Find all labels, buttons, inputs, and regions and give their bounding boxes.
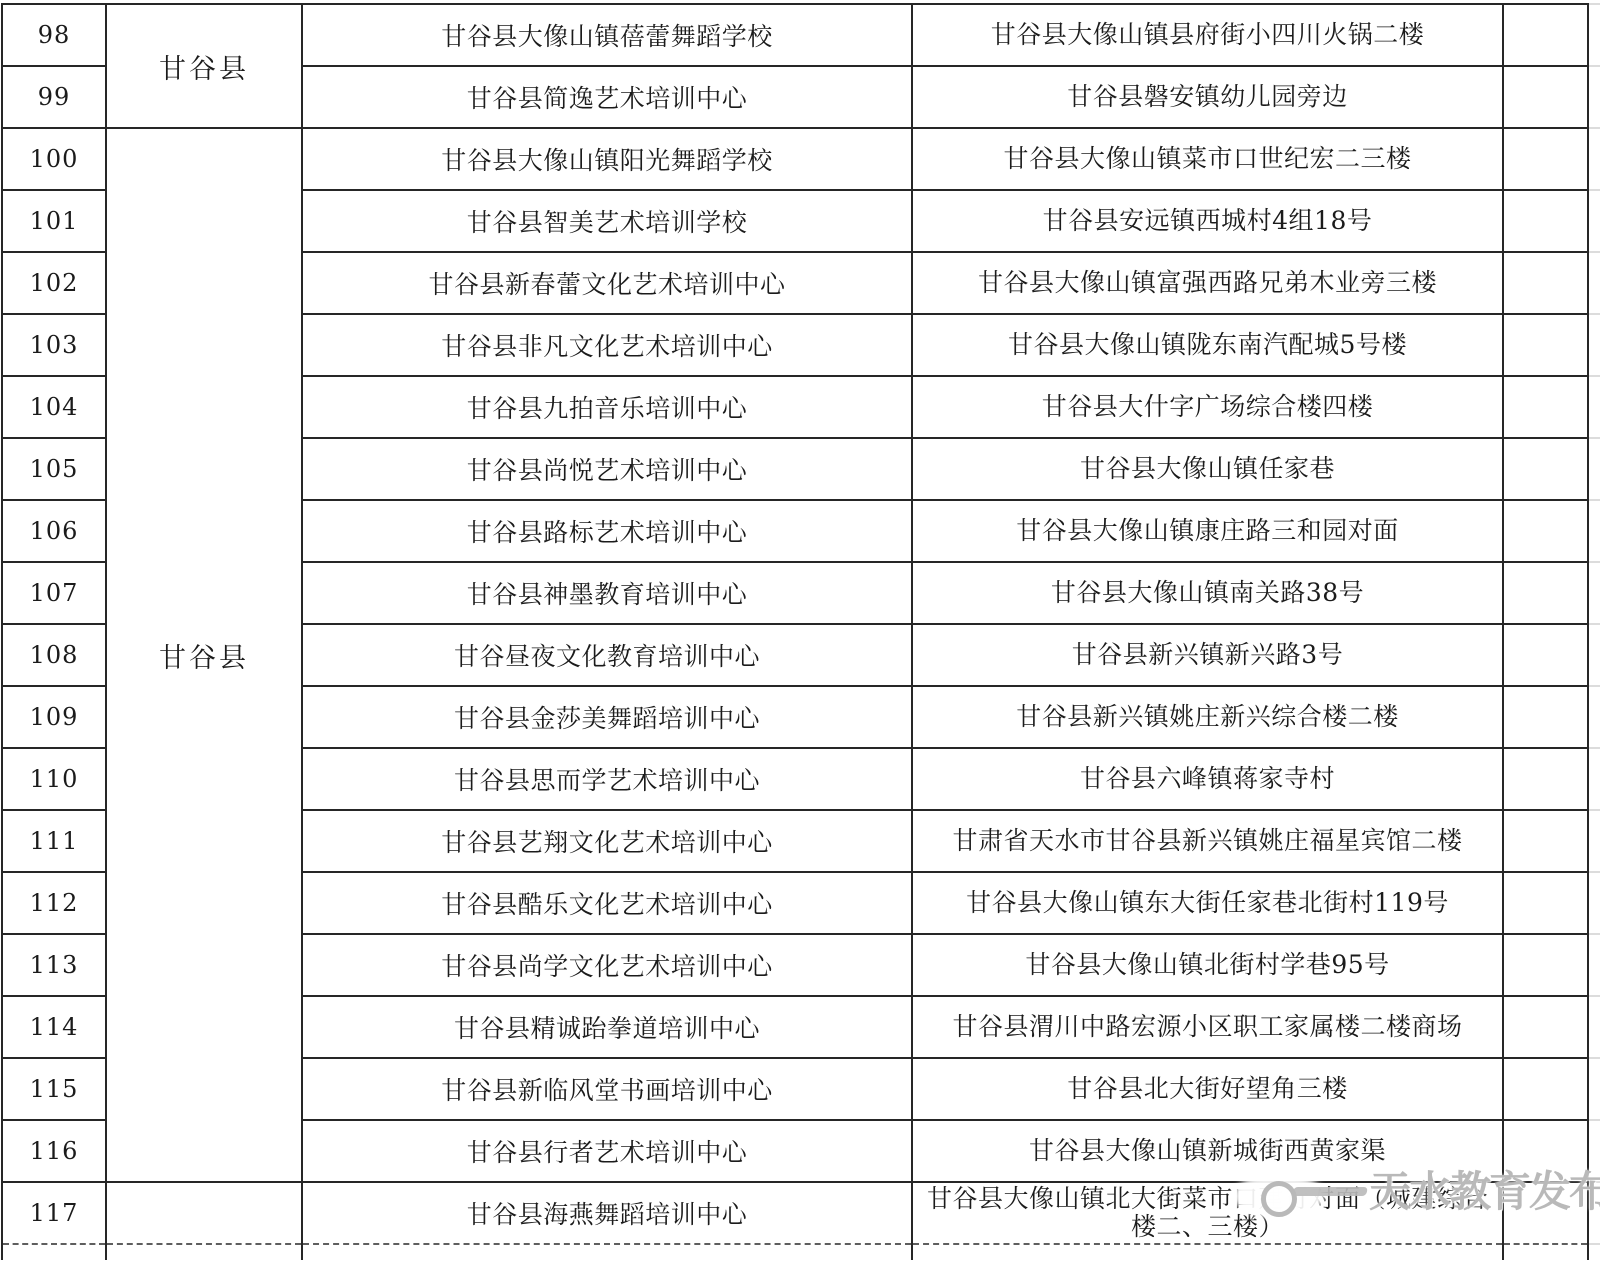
row-number-cell: 98	[2, 4, 106, 66]
address-cell: 甘谷县新兴镇新兴路3号	[912, 624, 1503, 686]
row-number-cell: 109	[2, 686, 106, 748]
remarks-cell-empty	[1503, 314, 1588, 376]
row-number-cell: 114	[2, 996, 106, 1058]
table-row: 98甘谷县甘谷县大像山镇蓓蕾舞蹈学校甘谷县大像山镇县府街小四川火锅二楼	[2, 4, 1588, 66]
remarks-cell-empty	[1503, 500, 1588, 562]
row-number-cell: 103	[2, 314, 106, 376]
institution-name-cell: 甘谷县酷乐文化艺术培训中心	[302, 872, 912, 934]
remarks-cell-empty	[1503, 128, 1588, 190]
remarks-cell-empty	[1503, 190, 1588, 252]
address-cell: 甘谷县大像山镇新城街西黄家渠	[912, 1120, 1503, 1182]
row-number-cell: 101	[2, 190, 106, 252]
margin-gridline-stubs	[1589, 3, 1600, 1246]
institution-name-cell: 甘谷县简逸艺术培训中心	[302, 66, 912, 128]
row-number-cell: 108	[2, 624, 106, 686]
county-cell-empty	[106, 1182, 302, 1244]
row-number-cell: 106	[2, 500, 106, 562]
institution-name-cell: 甘谷县艺翔文化艺术培训中心	[302, 810, 912, 872]
remarks-cell-empty	[1503, 624, 1588, 686]
row-number-cell: 113	[2, 934, 106, 996]
address-cell: 甘谷县安远镇西城村4组18号	[912, 190, 1503, 252]
address-cell: 甘谷县大像山镇县府街小四川火锅二楼	[912, 4, 1503, 66]
address-cell: 甘谷县大像山镇富强西路兄弟木业旁三楼	[912, 252, 1503, 314]
row-number-cell: 116	[2, 1120, 106, 1182]
address-cell: 甘谷县渭川中路宏源小区职工家属楼二楼商场	[912, 996, 1503, 1058]
remarks-cell-empty	[1503, 562, 1588, 624]
institution-name-cell: 甘谷县路标艺术培训中心	[302, 500, 912, 562]
row-number-cell: 99	[2, 66, 106, 128]
remarks-cell-empty	[1503, 376, 1588, 438]
address-cell: 甘谷县大像山镇康庄路三和园对面	[912, 500, 1503, 562]
remarks-cell-empty	[1503, 934, 1588, 996]
remarks-cell-empty	[1503, 252, 1588, 314]
row-number-cell: 102	[2, 252, 106, 314]
table-row: 117甘谷县海燕舞蹈培训中心甘谷县大像山镇北大街菜市口建行对面（城建综合楼二、三…	[2, 1182, 1588, 1244]
institution-name-cell: 甘谷县思而学艺术培训中心	[302, 748, 912, 810]
remarks-cell-empty	[1503, 66, 1588, 128]
address-cell: 甘谷县大像山镇任家巷	[912, 438, 1503, 500]
remarks-cell-empty	[1503, 748, 1588, 810]
institution-name-cell: 甘谷县新春蕾文化艺术培训中心	[302, 252, 912, 314]
partial-next-page-row	[2, 1244, 1588, 1260]
table-row: 100甘谷县甘谷县大像山镇阳光舞蹈学校甘谷县大像山镇菜市口世纪宏二三楼	[2, 128, 1588, 190]
address-cell	[912, 1244, 1503, 1260]
training-centers-table: 98甘谷县甘谷县大像山镇蓓蕾舞蹈学校甘谷县大像山镇县府街小四川火锅二楼99甘谷县…	[1, 3, 1589, 1260]
address-cell: 甘谷县六峰镇蒋家寺村	[912, 748, 1503, 810]
address-cell: 甘谷县大像山镇北大街菜市口建行对面（城建综合楼二、三楼）	[912, 1182, 1503, 1244]
row-number-cell: 104	[2, 376, 106, 438]
remarks-cell-empty	[1503, 872, 1588, 934]
address-cell: 甘肃省天水市甘谷县新兴镇姚庄福星宾馆二楼	[912, 810, 1503, 872]
row-number-cell	[2, 1244, 106, 1260]
institution-name-cell: 甘谷县非凡文化艺术培训中心	[302, 314, 912, 376]
address-cell: 甘谷县北大街好望角三楼	[912, 1058, 1503, 1120]
registered-training-institutions-table-page: 98甘谷县甘谷县大像山镇蓓蕾舞蹈学校甘谷县大像山镇县府街小四川火锅二楼99甘谷县…	[0, 0, 1600, 1263]
institution-name-cell: 甘谷县大像山镇阳光舞蹈学校	[302, 128, 912, 190]
remarks-cell-empty	[1503, 438, 1588, 500]
institution-name-cell: 甘谷昼夜文化教育培训中心	[302, 624, 912, 686]
row-number-cell: 117	[2, 1182, 106, 1244]
row-number-cell: 112	[2, 872, 106, 934]
address-cell: 甘谷县大像山镇北街村学巷95号	[912, 934, 1503, 996]
county-cell: 甘谷县	[106, 4, 302, 128]
row-number-cell: 107	[2, 562, 106, 624]
institution-name-cell: 甘谷县九拍音乐培训中心	[302, 376, 912, 438]
institution-name-cell: 甘谷县海燕舞蹈培训中心	[302, 1182, 912, 1244]
institution-name-cell	[302, 1244, 912, 1260]
remarks-cell-empty	[1503, 686, 1588, 748]
address-cell: 甘谷县磐安镇幼儿园旁边	[912, 66, 1503, 128]
county-cell-empty	[106, 1244, 302, 1260]
institution-name-cell: 甘谷县神墨教育培训中心	[302, 562, 912, 624]
institution-name-cell: 甘谷县智美艺术培训学校	[302, 190, 912, 252]
county-cell: 甘谷县	[106, 128, 302, 1182]
row-number-cell: 100	[2, 128, 106, 190]
institution-name-cell: 甘谷县尚学文化艺术培训中心	[302, 934, 912, 996]
remarks-cell-empty	[1503, 1182, 1588, 1244]
institution-name-cell: 甘谷县精诚跆拳道培训中心	[302, 996, 912, 1058]
row-number-cell: 111	[2, 810, 106, 872]
remarks-cell-empty	[1503, 4, 1588, 66]
address-cell: 甘谷县大像山镇菜市口世纪宏二三楼	[912, 128, 1503, 190]
address-cell: 甘谷县大像山镇东大街任家巷北街村119号	[912, 872, 1503, 934]
row-number-cell: 115	[2, 1058, 106, 1120]
remarks-cell-empty	[1503, 1244, 1588, 1260]
institution-name-cell: 甘谷县尚悦艺术培训中心	[302, 438, 912, 500]
remarks-cell-empty	[1503, 996, 1588, 1058]
address-cell: 甘谷县大像山镇南关路38号	[912, 562, 1503, 624]
address-cell: 甘谷县大像山镇陇东南汽配城5号楼	[912, 314, 1503, 376]
row-number-cell: 110	[2, 748, 106, 810]
institution-name-cell: 甘谷县金莎美舞蹈培训中心	[302, 686, 912, 748]
remarks-cell-empty	[1503, 1058, 1588, 1120]
row-number-cell: 105	[2, 438, 106, 500]
address-cell: 甘谷县新兴镇姚庄新兴综合楼二楼	[912, 686, 1503, 748]
institution-name-cell: 甘谷县大像山镇蓓蕾舞蹈学校	[302, 4, 912, 66]
institution-name-cell: 甘谷县行者艺术培训中心	[302, 1120, 912, 1182]
remarks-cell-empty	[1503, 1120, 1588, 1182]
address-cell: 甘谷县大什字广场综合楼四楼	[912, 376, 1503, 438]
institution-name-cell: 甘谷县新临风堂书画培训中心	[302, 1058, 912, 1120]
remarks-cell-empty	[1503, 810, 1588, 872]
